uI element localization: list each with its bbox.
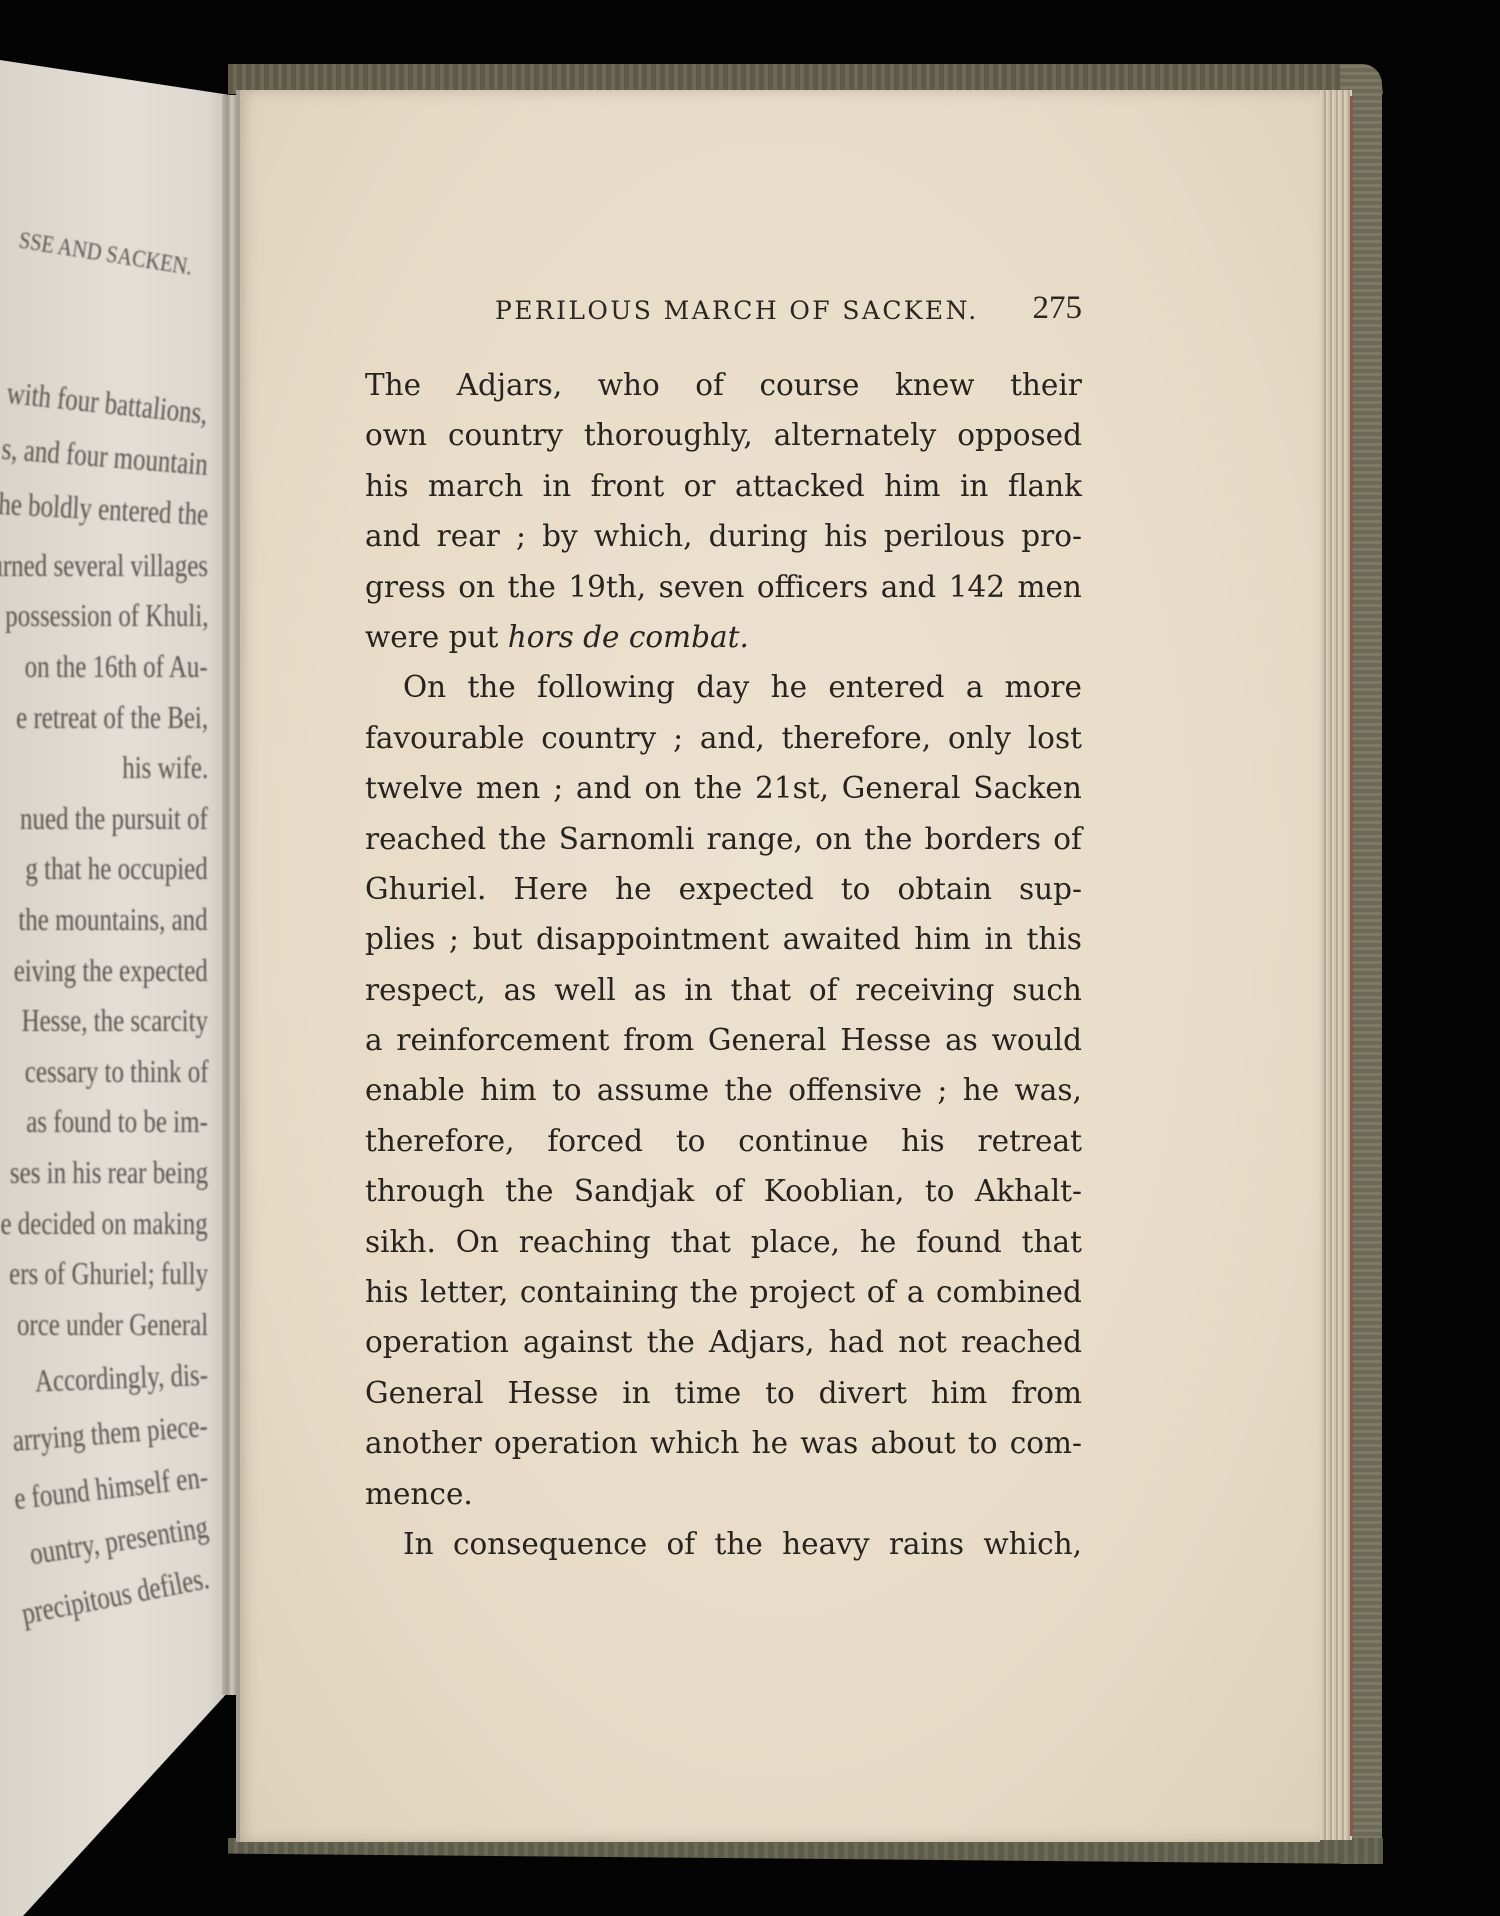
word: offensive xyxy=(788,1065,922,1115)
word: that xyxy=(1022,1217,1082,1267)
word: sup- xyxy=(1019,864,1082,914)
text-line: twelvemen;andonthe21st,GeneralSacken xyxy=(365,763,1082,813)
word: by xyxy=(542,511,578,561)
word: of xyxy=(809,965,838,1015)
word: he xyxy=(860,1217,896,1267)
word: would xyxy=(992,1015,1082,1065)
word: plies xyxy=(365,914,435,964)
text-line: sikh.Onreachingthatplace,hefoundthat xyxy=(365,1217,1082,1267)
text-line: Onthefollowingdayheenteredamore xyxy=(365,662,1082,712)
word: combined xyxy=(936,1267,1082,1317)
word: assume xyxy=(597,1065,709,1115)
word: On xyxy=(403,662,446,712)
word: awaited xyxy=(783,914,901,964)
word: such xyxy=(1012,965,1082,1015)
word: which, xyxy=(594,511,693,561)
text-line: therefore,forcedtocontinuehisretreat xyxy=(365,1116,1082,1166)
word: following xyxy=(537,662,675,712)
word: seven xyxy=(659,562,745,612)
word: or xyxy=(684,461,716,511)
word: him xyxy=(480,1065,536,1115)
red-page-edge xyxy=(1350,96,1353,1836)
text-line: throughtheSandjakofKooblian,toAkhalt- xyxy=(365,1166,1082,1216)
word: time xyxy=(675,1368,742,1418)
text-line: Ghuriel.Hereheexpectedtoobtainsup- xyxy=(365,864,1082,914)
word: the xyxy=(864,814,912,864)
word: The xyxy=(365,360,421,410)
word: men xyxy=(1018,562,1082,612)
word: their xyxy=(1010,360,1082,410)
word: General xyxy=(842,763,961,813)
word: and xyxy=(576,763,631,813)
left-page-line: on the 16th of Au- xyxy=(25,648,208,685)
word: ; xyxy=(937,1065,947,1115)
word: him xyxy=(884,461,940,511)
word: enable xyxy=(365,1065,465,1115)
left-page-line: nued the pursuit of xyxy=(20,800,208,837)
left-page-line: with four battalions, xyxy=(5,374,209,432)
left-page-line: e retreat of the Bei, xyxy=(16,699,208,736)
text-line: plies;butdisappointmentawaitedhiminthis xyxy=(365,914,1082,964)
word: Hesse xyxy=(840,1015,931,1065)
word: On xyxy=(456,1217,499,1267)
text-line: respect,aswellasinthatofreceivingsuch xyxy=(365,965,1082,1015)
text-line: reachedtheSarnomlirange,onthebordersof xyxy=(365,814,1082,864)
word: of xyxy=(695,360,724,410)
word: place, xyxy=(751,1217,840,1267)
word: and xyxy=(365,511,420,561)
word: 19th, xyxy=(568,562,646,612)
word: twelve xyxy=(365,763,463,813)
word: he xyxy=(615,864,651,914)
word: flank xyxy=(1008,461,1082,511)
word: Ghuriel. xyxy=(365,864,486,914)
word: country xyxy=(541,713,656,763)
left-page-line: as found to be im- xyxy=(26,1103,208,1140)
word: letter, xyxy=(420,1267,508,1317)
word: continue xyxy=(738,1116,868,1166)
word: of xyxy=(867,1267,896,1317)
italic-phrase: hors de combat. xyxy=(508,612,749,662)
word: but xyxy=(473,914,523,964)
word: found xyxy=(916,1217,1002,1267)
word: heavy xyxy=(782,1519,869,1569)
word: respect, xyxy=(365,965,486,1015)
left-facing-page: with four battalions,s, and four mountai… xyxy=(0,0,230,1916)
word: therefore, xyxy=(782,713,932,763)
left-page-line: ers of Ghuriel; fully xyxy=(9,1255,208,1292)
text-line: favourablecountry;and,therefore,onlylost xyxy=(365,713,1082,763)
word: country xyxy=(448,410,563,460)
word: of xyxy=(666,1519,695,1569)
left-page-line: he boldly entered the xyxy=(0,485,209,533)
word: and xyxy=(881,562,936,612)
word: on xyxy=(644,763,681,813)
word: Sarnomli xyxy=(559,814,695,864)
word: Kooblian, xyxy=(764,1166,905,1216)
word: Adjars, xyxy=(709,1317,815,1367)
word: rear xyxy=(437,511,500,561)
word: lost xyxy=(1028,713,1082,763)
left-page-line: ses in his rear being xyxy=(10,1154,208,1191)
word: Hesse xyxy=(507,1368,598,1418)
word: day xyxy=(696,662,749,712)
word: In xyxy=(403,1519,434,1569)
word: Sandjak xyxy=(574,1166,694,1216)
word: the xyxy=(694,763,742,813)
text-line: were put hors de combat. xyxy=(365,612,1082,662)
text-line: enablehimtoassumetheoffensive;hewas, xyxy=(365,1065,1082,1115)
word: as xyxy=(945,1015,978,1065)
word: Sacken xyxy=(973,763,1082,813)
word: his xyxy=(824,511,868,561)
word: range, xyxy=(707,814,803,864)
word: another xyxy=(365,1418,482,1468)
word: to xyxy=(552,1065,582,1115)
word: he xyxy=(963,1065,999,1115)
left-page-line: eiving the expected xyxy=(14,952,208,989)
word: of xyxy=(1053,814,1082,864)
left-page-line: urned several villages xyxy=(0,547,208,584)
word: Here xyxy=(513,864,588,914)
left-page-line: e decided on making xyxy=(1,1205,208,1242)
word: this xyxy=(1027,914,1082,964)
word: was, xyxy=(1015,1065,1082,1115)
word: forced xyxy=(547,1116,643,1166)
word: ; xyxy=(516,511,526,561)
word: he xyxy=(771,662,807,712)
word: perilous xyxy=(884,511,1005,561)
word: that xyxy=(731,965,791,1015)
left-page-line: s, and four mountain xyxy=(1,429,210,482)
word: as xyxy=(504,965,537,1015)
text-line: operationagainsttheAdjars,hadnotreached xyxy=(365,1317,1082,1367)
word: a xyxy=(966,662,984,712)
word: General xyxy=(365,1368,484,1418)
word: to xyxy=(765,1368,795,1418)
word: a xyxy=(907,1267,925,1317)
left-page-line: Accordingly, dis- xyxy=(34,1356,208,1400)
left-page-line: his wife. xyxy=(122,749,208,786)
word: in xyxy=(984,914,1012,964)
word: com- xyxy=(1010,1418,1082,1468)
word: course xyxy=(759,360,859,410)
word: who xyxy=(598,360,660,410)
word: attacked xyxy=(735,461,865,511)
word: rains xyxy=(889,1519,964,1569)
word: alternately xyxy=(774,410,936,460)
text-line: TheAdjars,whoofcourseknewtheir xyxy=(365,360,1082,410)
word: own xyxy=(365,410,427,460)
word: containing xyxy=(520,1267,678,1317)
word: operation xyxy=(494,1418,638,1468)
word: reaching xyxy=(519,1217,651,1267)
word: he xyxy=(752,1418,788,1468)
word: ; xyxy=(673,713,683,763)
word: 21st, xyxy=(755,763,829,813)
word: and, xyxy=(700,713,765,763)
text-run: mence. xyxy=(365,1469,473,1519)
word: operation xyxy=(365,1317,509,1367)
left-page-line: orce under General xyxy=(17,1306,208,1343)
word: a xyxy=(365,1015,383,1065)
left-page-line: arrying them piece- xyxy=(12,1407,210,1459)
text-line: hisletter,containingtheprojectofacombine… xyxy=(365,1267,1082,1317)
word: in xyxy=(684,965,712,1015)
word: front xyxy=(591,461,665,511)
text-line: hismarchinfrontorattackedhiminflank xyxy=(365,461,1082,511)
left-page-line: e found himself en- xyxy=(12,1458,210,1517)
word: that xyxy=(671,1217,731,1267)
text-line: andrear;bywhich,duringhisperilouspro- xyxy=(365,511,1082,561)
word: expected xyxy=(679,864,814,914)
text-line: gressonthe19th,sevenofficersand142men xyxy=(365,562,1082,612)
word: about xyxy=(871,1418,956,1468)
word: sikh. xyxy=(365,1217,436,1267)
text-line: mence. xyxy=(365,1469,1082,1519)
running-head: PERILOUS MARCH OF SACKEN. 275 xyxy=(365,292,1082,332)
word: in xyxy=(960,461,988,511)
word: well xyxy=(554,965,616,1015)
word: officers xyxy=(757,562,868,612)
word: the xyxy=(690,1267,738,1317)
word: divert xyxy=(819,1368,907,1418)
left-running-head: SSE AND SACKEN. xyxy=(17,228,194,282)
word: the xyxy=(714,1519,762,1569)
word: opposed xyxy=(957,410,1082,460)
word: in xyxy=(543,461,571,511)
word: retreat xyxy=(978,1116,1082,1166)
word: 142 xyxy=(949,562,1005,612)
word: during xyxy=(709,511,808,561)
word: on xyxy=(458,562,495,612)
word: to xyxy=(676,1116,706,1166)
left-page-line: possession of Khuli, xyxy=(5,597,208,634)
word: thoroughly, xyxy=(584,410,753,460)
word: not xyxy=(898,1317,947,1367)
word: therefore, xyxy=(365,1116,515,1166)
word: reinforcement xyxy=(396,1015,609,1065)
word: reached xyxy=(365,814,486,864)
word: gress xyxy=(365,562,446,612)
word: the xyxy=(508,562,556,612)
word: his xyxy=(365,461,409,511)
word: of xyxy=(715,1166,744,1216)
word: Akhalt- xyxy=(975,1166,1082,1216)
word: him xyxy=(914,914,970,964)
left-page-line: cessary to think of xyxy=(24,1053,208,1090)
word: ; xyxy=(449,914,459,964)
word: his xyxy=(901,1116,945,1166)
word: was xyxy=(800,1418,858,1468)
word: the xyxy=(505,1166,553,1216)
word: knew xyxy=(895,360,975,410)
word: the xyxy=(467,662,515,712)
word: entered xyxy=(828,662,944,712)
word: him xyxy=(931,1368,987,1418)
word: Adjars, xyxy=(457,360,563,410)
word: consequence xyxy=(453,1519,647,1569)
word: borders xyxy=(925,814,1041,864)
text-line: GeneralHesseintimetodiverthimfrom xyxy=(365,1368,1082,1418)
left-page-line: the mountains, and xyxy=(19,901,208,938)
word: receiving xyxy=(855,965,994,1015)
word: men xyxy=(476,763,540,813)
book-gutter xyxy=(222,95,236,1695)
body-text: TheAdjars,whoofcourseknewtheirowncountry… xyxy=(365,360,1082,1569)
word: the xyxy=(498,814,546,864)
word: ; xyxy=(553,763,563,813)
word: the xyxy=(725,1065,773,1115)
word: to xyxy=(841,864,871,914)
word: as xyxy=(634,965,667,1015)
left-page-line: g that he occupied xyxy=(26,850,208,887)
word: favourable xyxy=(365,713,524,763)
word: his xyxy=(365,1267,409,1317)
word: reached xyxy=(961,1317,1082,1367)
word: had xyxy=(829,1317,884,1367)
word: project xyxy=(750,1267,856,1317)
word: only xyxy=(948,713,1011,763)
word: more xyxy=(1005,662,1082,712)
word: from xyxy=(623,1015,694,1065)
text-line: Inconsequenceoftheheavyrainswhich, xyxy=(365,1519,1082,1569)
text-line: anotheroperationwhichhewasabouttocom- xyxy=(365,1418,1082,1468)
word: to xyxy=(968,1418,998,1468)
word: through xyxy=(365,1166,485,1216)
running-title: PERILOUS MARCH OF SACKEN. xyxy=(495,296,979,325)
word: which xyxy=(650,1418,739,1468)
word: from xyxy=(1011,1368,1082,1418)
word: in xyxy=(622,1368,650,1418)
word: on xyxy=(815,814,852,864)
word: the xyxy=(647,1317,695,1367)
word: to xyxy=(925,1166,955,1216)
word: obtain xyxy=(897,864,992,914)
page-number: 275 xyxy=(1033,290,1083,327)
word: march xyxy=(428,461,523,511)
word: disappointment xyxy=(536,914,769,964)
word: General xyxy=(708,1015,827,1065)
word: against xyxy=(523,1317,633,1367)
page-block-edges xyxy=(1316,90,1352,1840)
word: pro- xyxy=(1021,511,1082,561)
left-page-line: Hesse, the scarcity xyxy=(22,1002,208,1039)
gutter-shadow xyxy=(236,90,240,1842)
text-run: were put xyxy=(365,612,508,662)
text-line: areinforcementfromGeneralHesseaswould xyxy=(365,1015,1082,1065)
word: which, xyxy=(983,1519,1082,1569)
text-line: owncountrythoroughly,alternatelyopposed xyxy=(365,410,1082,460)
